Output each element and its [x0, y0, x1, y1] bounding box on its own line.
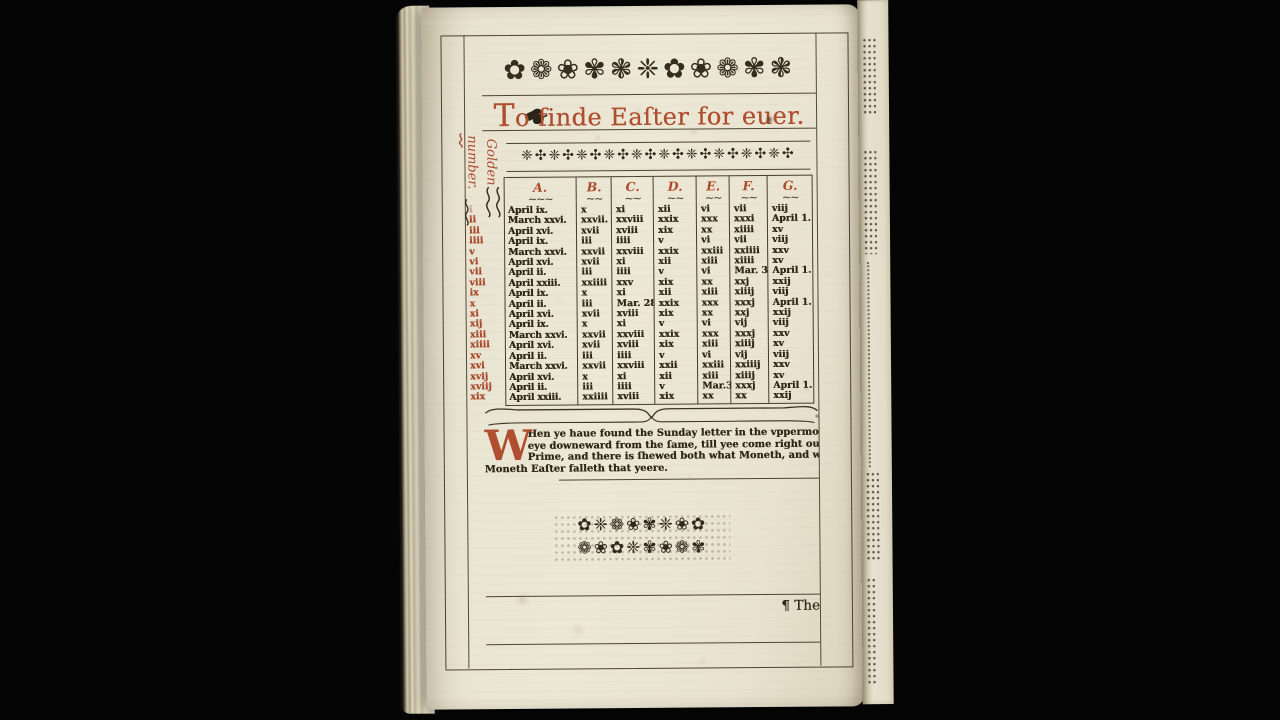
easter-day-cell: xiii: [697, 256, 730, 267]
easter-day-cell: iii: [578, 351, 613, 362]
easter-date-cell: April ii.: [505, 268, 576, 279]
header-squiggle: ∼∼: [577, 194, 612, 205]
easter-day-cell: xxj: [730, 277, 768, 288]
easter-date-cell: April ix.: [506, 320, 577, 331]
book-photo: ✿❁❀✾❃❈✿❀❁✾❃ To finde Eaſter for euer. ❈✣…: [0, 0, 1280, 720]
easter-day-cell: xxii: [655, 361, 698, 372]
easter-day-cell: Mar. 31.: [730, 266, 768, 277]
drop-cap: W: [485, 426, 532, 466]
easter-day-cell: xii: [654, 288, 697, 299]
easter-day-cell: iiii: [612, 267, 654, 278]
table-column-F: F.∼∼viixxxixiiiiviixxiiiixiiiiMar. 31.xx…: [729, 176, 770, 403]
easter-day-cell: xx: [698, 392, 731, 403]
easter-day-cell: vii: [730, 235, 768, 246]
easter-date-cell: April xvi.: [506, 341, 577, 352]
easter-day-cell: xxix: [655, 329, 698, 340]
easter-day-cell: April 1.: [769, 381, 814, 392]
easter-day-cell: viij: [769, 349, 814, 360]
easter-day-cell: vij: [731, 350, 769, 361]
easter-day-cell: xx: [697, 225, 730, 236]
easter-day-cell: xxvii.: [577, 216, 612, 227]
easter-day-cell: xxviii: [612, 215, 654, 226]
fleuron-band-ornament: ❈✣❈✣❈✣❈✣❈✣❈✣❈✣❈✣❈✣❈✣: [506, 141, 810, 172]
easter-day-cell: iii: [577, 236, 612, 247]
easter-day-cell: xvii: [577, 257, 612, 268]
easter-date-cell: April xvi.: [506, 310, 577, 321]
easter-day-cell: Mar.30.: [698, 381, 731, 392]
golden-number-cell: i: [469, 205, 502, 216]
thistle-rose-frieze-ornament: ✿❁❀✾❃❈✿❀❁✾❃: [484, 49, 816, 92]
easter-date-cell: March xxvi.: [506, 362, 577, 373]
easter-date-cell: April xvi.: [505, 258, 576, 269]
golden-number-column: iiiiiiiiiivviviiviiiixxxixijxiiixiiiixvx…: [469, 205, 504, 403]
header-squiggle: ∼∼: [768, 193, 813, 204]
header-squiggle: ∼∼∼: [505, 194, 576, 206]
easter-day-cell: v: [655, 319, 698, 330]
easter-date-cell: April ix.: [505, 205, 576, 216]
easter-date-cell: April ii.: [506, 382, 577, 393]
easter-date-cell: March xxvi.: [505, 247, 576, 258]
easter-day-cell: xvii: [578, 340, 613, 351]
easter-day-cell: v: [654, 267, 697, 278]
easter-day-cell: xix: [655, 392, 698, 403]
easter-day-cell: xv: [768, 256, 813, 267]
easter-day-cell: v: [655, 381, 698, 392]
easter-day-cell: viij: [768, 235, 813, 246]
easter-day-cell: xxviii: [613, 330, 655, 341]
easter-day-cell: xxix: [654, 215, 697, 226]
easter-day-cell: viij: [769, 318, 814, 329]
text-fragment-dots: [867, 262, 871, 467]
easter-day-cell: x: [577, 288, 612, 299]
easter-day-cell: xxv: [769, 360, 814, 371]
easter-day-cell: xxx: [697, 215, 730, 226]
header-squiggle: ∼∼: [697, 193, 730, 204]
easter-day-cell: xxvii: [578, 330, 613, 341]
easter-day-cell: xxix: [654, 246, 697, 257]
page-title: To finde Eaſter for euer.: [482, 96, 816, 129]
easter-day-cell: xv: [768, 224, 813, 235]
easter-day-cell: xxxj: [731, 298, 769, 309]
easter-day-cell: Mar. 28.: [613, 299, 655, 310]
easter-day-cell: vi: [697, 204, 730, 215]
scanned-book-page: ✿❁❀✾❃❈✿❀❁✾❃ To finde Eaſter for euer. ❈✣…: [0, 0, 1280, 720]
golden-number-cell: xix: [470, 392, 503, 403]
easter-day-cell: viij: [768, 287, 813, 298]
easter-day-cell: xi: [612, 257, 654, 268]
easter-day-cell: v: [655, 350, 698, 361]
easter-day-cell: April 1.: [768, 214, 813, 225]
easter-day-cell: xix: [655, 309, 698, 320]
header-squiggle: ∼∼: [612, 194, 654, 205]
easter-date-cell: April xxiii.: [506, 393, 577, 404]
easter-day-cell: xviii: [613, 340, 655, 351]
easter-day-cell: xxiiii: [577, 278, 612, 289]
woodcut-fragment: [862, 38, 876, 114]
easter-day-cell: xx: [697, 277, 730, 288]
easter-day-cell: xxv: [612, 278, 654, 289]
easter-day-cell: xxx: [698, 329, 731, 340]
paragraph-line: Prime, and there is ſhewed both what Mon…: [528, 450, 819, 464]
easter-day-cell: xviii: [613, 392, 655, 403]
easter-date-cell: April ii.: [506, 299, 577, 310]
easter-day-cell: vij: [731, 318, 769, 329]
table-column-E: E.∼∼vixxxxxvixxiiixiiivixxxiiixxxxxvixxx…: [696, 176, 732, 403]
easter-day-cell: xiii: [698, 371, 731, 382]
header-squiggle: ∼∼: [730, 193, 768, 204]
arabesque-tailpiece-ornament: ✿❈❁❀✾❈❀✿ ❁❀✿❈✾❀❁✾: [554, 513, 730, 563]
easter-date-cell: March xxvi.: [506, 330, 577, 341]
easter-day-cell: xxvii: [577, 247, 612, 258]
easter-date-cell: March xxvi.: [505, 216, 576, 227]
easter-date-cell: April ix.: [505, 289, 576, 300]
easter-day-cell: iiii: [612, 236, 654, 247]
easter-day-cell: xi: [613, 319, 655, 330]
table-column-B: B.∼∼xxxvii.xviiiiixxviixviiiiixxiiiixiii…: [576, 177, 614, 404]
easter-day-cell: xix: [654, 277, 697, 288]
easter-day-cell: xiiii: [730, 225, 768, 236]
next-page-sliver: [857, 0, 894, 704]
easter-day-cell: xii: [654, 257, 697, 268]
woodcut-fragment: [867, 578, 878, 686]
woodcut-fragment: [863, 150, 877, 254]
easter-day-cell: April 1.: [768, 266, 813, 277]
easter-day-cell: xxix: [655, 298, 698, 309]
easter-day-cell: x: [578, 320, 613, 331]
instruction-paragraph: W Hen ye haue found the Sunday letter in…: [485, 427, 819, 476]
easter-date-cell: April ix.: [505, 237, 576, 248]
easter-date-cell: April ii.: [506, 351, 577, 362]
tailpiece-row: ✿❈❁❀✾❈❀✿: [554, 513, 730, 537]
easter-table: A.∼∼∼April ix.March xxvi.April xvi.April…: [504, 175, 815, 406]
easter-day-cell: viij: [768, 204, 813, 215]
easter-day-cell: xx: [698, 308, 731, 319]
easter-day-cell: xiii: [698, 340, 731, 351]
easter-day-cell: iii: [577, 268, 612, 279]
easter-date-cell: April xxiii.: [505, 278, 576, 289]
easter-day-cell: xiiij: [731, 339, 769, 350]
table-column-D: D.∼∼xiixxixxixvxxixxiivxixxiixxixxixvxxi…: [653, 177, 699, 404]
easter-day-cell: xxviii: [613, 361, 655, 372]
table-column-A: A.∼∼∼April ix.March xxvi.April xvi.April…: [505, 178, 578, 406]
easter-day-cell: iiii: [613, 382, 655, 393]
easter-day-cell: xxiiij: [731, 360, 769, 371]
easter-day-cell: x: [578, 372, 613, 383]
easter-day-cell: vi: [697, 267, 730, 278]
easter-day-cell: xxij: [768, 276, 813, 287]
easter-day-cell: xiii: [697, 288, 730, 299]
easter-day-cell: xix: [654, 225, 697, 236]
easter-day-cell: xxiii: [697, 246, 730, 257]
table-column-G: G.∼∼viijApril 1.xvviijxxvxvApril 1.xxijv…: [767, 176, 815, 403]
easter-day-cell: xxxi: [730, 214, 768, 225]
easter-day-cell: xv: [769, 370, 814, 381]
easter-day-cell: xvii: [578, 309, 613, 320]
easter-day-cell: xiiij: [731, 370, 769, 381]
easter-day-cell: xxviii: [612, 247, 654, 258]
easter-day-cell: xi: [613, 371, 655, 382]
easter-day-cell: xiiii: [730, 256, 768, 267]
easter-day-cell: iii: [578, 382, 613, 393]
easter-day-cell: xxj: [731, 308, 769, 319]
easter-day-cell: vi: [698, 350, 731, 361]
easter-day-cell: xviii: [612, 226, 654, 237]
table-column-C: C.∼∼xixxviiixviiiiiiixxviiixiiiiixxvxiMa…: [611, 177, 656, 404]
easter-day-cell: vi: [697, 236, 730, 247]
easter-day-cell: April 1.: [769, 297, 814, 308]
easter-day-cell: xxiii: [698, 360, 731, 371]
easter-day-cell: iiii: [613, 351, 655, 362]
catchword: ¶ The: [720, 598, 820, 615]
easter-day-cell: xviii: [613, 309, 655, 320]
easter-day-cell: xxx: [698, 298, 731, 309]
tailpiece-row: ❁❀✿❈✾❀❁✾: [554, 536, 730, 560]
easter-day-cell: xxv: [768, 245, 813, 256]
easter-day-cell: xxiiii: [730, 246, 768, 257]
easter-day-cell: xvii: [577, 226, 612, 237]
easter-day-cell: vii: [730, 204, 768, 215]
easter-day-cell: xxxj: [731, 329, 769, 340]
easter-day-cell: xxij: [769, 391, 814, 402]
easter-day-cell: vi: [698, 319, 731, 330]
easter-day-cell: xi: [612, 205, 654, 216]
easter-day-cell: xx: [731, 391, 769, 402]
easter-day-cell: xxij: [769, 308, 814, 319]
easter-date-cell: April xvi.: [506, 372, 577, 383]
easter-day-cell: xxxj: [731, 381, 769, 392]
easter-day-cell: xii: [655, 371, 698, 382]
easter-day-cell: xxvii: [578, 361, 613, 372]
easter-day-cell: xii: [654, 205, 697, 216]
easter-day-cell: xv: [769, 339, 814, 350]
easter-day-cell: xxv: [769, 329, 814, 340]
easter-day-cell: xix: [655, 340, 698, 351]
easter-day-cell: v: [654, 236, 697, 247]
header-squiggle: ∼∼: [654, 194, 697, 205]
easter-day-cell: xi: [612, 288, 654, 299]
easter-day-cell: xxiiii: [578, 393, 613, 404]
easter-day-cell: x: [577, 205, 612, 216]
easter-day-cell: iii: [578, 299, 613, 310]
easter-date-cell: April xvi.: [505, 226, 576, 237]
red-squiggle-mark: [456, 132, 466, 152]
easter-day-cell: xiiij: [730, 287, 768, 298]
woodcut-fragment: [866, 472, 880, 560]
